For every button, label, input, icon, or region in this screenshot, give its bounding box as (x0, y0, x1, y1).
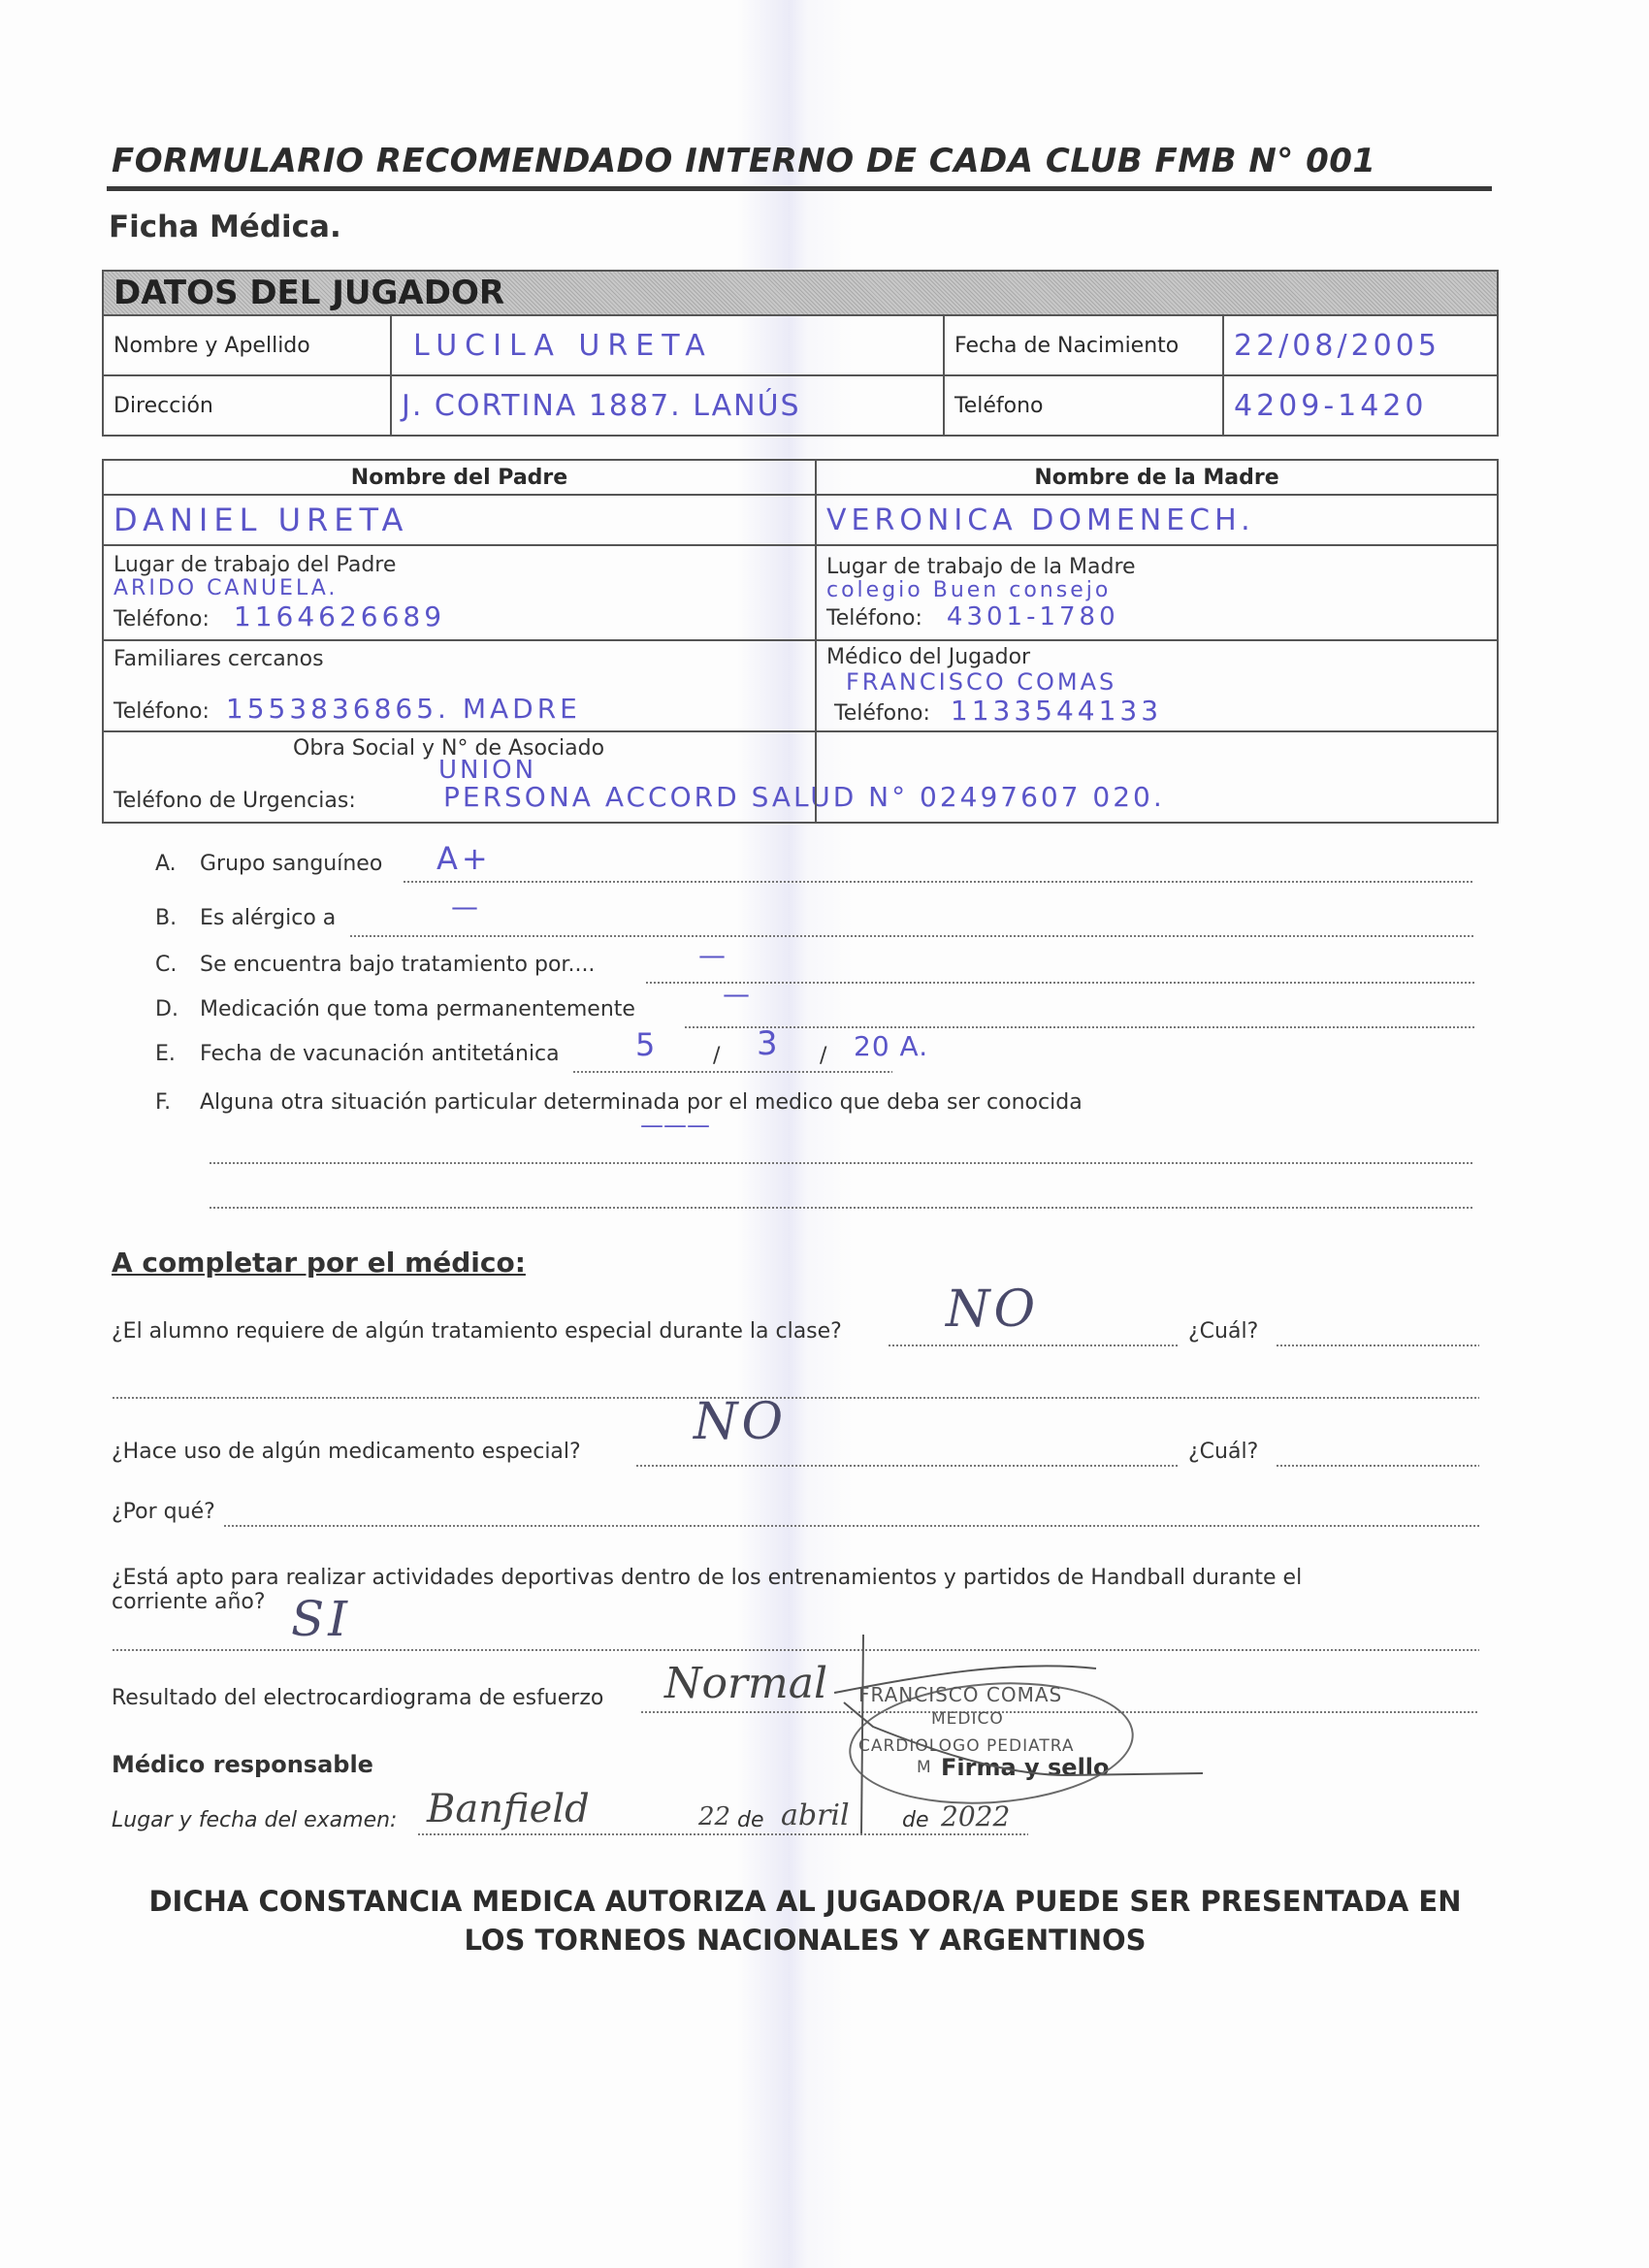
question-label-line1: ¿Está apto para realizar actividades dep… (112, 1566, 1479, 1590)
item-medication: D.Medicación que toma permanentemente — (155, 997, 1474, 1036)
medication-value[interactable]: — (723, 978, 754, 1010)
father-name-value: DANIEL URETA (113, 502, 408, 538)
de-label: de (737, 1808, 764, 1832)
item-blood-type: A.Grupo sanguíneo A+ (155, 852, 1474, 891)
question-why: ¿Por qué? (112, 1500, 1479, 1535)
question-label: ¿Hace uso de algún medicamento especial? (112, 1440, 581, 1464)
dotted-line (403, 881, 1474, 883)
exam-place-value[interactable]: Banfield (427, 1787, 590, 1831)
exam-place-date: Lugar y fecha del examen: Banfield 22 de… (112, 1808, 1062, 1843)
form-title: FORMULARIO RECOMENDADO INTERNO DE CADA C… (112, 142, 1376, 180)
player-doctor-label: Médico del Jugador (826, 645, 1487, 669)
ecg-answer[interactable]: Normal (664, 1659, 827, 1708)
item-label: Grupo sanguíneo (200, 852, 382, 876)
father-work-cell: Lugar de trabajo del Padre ARIDO CANUELA… (103, 545, 816, 640)
treatment-answer[interactable]: NO (946, 1280, 1039, 1339)
mother-work-cell: Lugar de trabajo de la Madre colegio Bue… (816, 545, 1498, 640)
doctor-phone-label: Teléfono: (834, 701, 930, 726)
item-letter: B. (155, 906, 200, 930)
phone-value: 4209-1420 (1234, 389, 1428, 423)
item-label: Es alérgico a (200, 906, 336, 930)
question-special-treatment: ¿El alumno requiere de algún tratamiento… (112, 1319, 1479, 1354)
phone-field[interactable]: 4209-1420 (1223, 375, 1498, 436)
address-label: Dirección (103, 375, 391, 436)
father-phone-label: Teléfono: (113, 607, 210, 632)
item-allergies: B.Es alérgico a — (155, 906, 1474, 945)
other-conditions-line-2[interactable] (209, 1207, 1474, 1209)
item-label: Medicación que toma permanentemente (200, 997, 635, 1021)
date-separator: / (713, 1044, 720, 1068)
item-treatment: C.Se encuentra bajo tratamiento por.... … (155, 953, 1474, 991)
item-letter: E. (155, 1042, 200, 1066)
tetanus-day[interactable]: 5 (635, 1026, 659, 1063)
mother-name-field[interactable]: VERONICA DOMENECH. (816, 495, 1498, 545)
item-tetanus-date: E.Fecha de vacunación antitetánica / / 5… (155, 1042, 1474, 1081)
doctor-section-heading: A completar por el médico: (112, 1247, 526, 1279)
mother-work-value[interactable]: colegio Buen consejo (826, 579, 1487, 602)
dotted-line (635, 1465, 1179, 1467)
birthdate-label: Fecha de Nacimiento (944, 315, 1223, 375)
place-date-label: Lugar y fecha del examen: (112, 1808, 397, 1832)
mother-phone-label: Teléfono: (826, 606, 922, 631)
phone-label: Teléfono (944, 375, 1223, 436)
item-letter: C. (155, 953, 200, 977)
relatives-phone-value[interactable]: 1553836865. MADRE (226, 693, 581, 725)
treatment-value[interactable]: — (698, 939, 729, 971)
name-value: LUCILA URETA (413, 329, 713, 363)
dotted-line (645, 982, 1474, 984)
which-label: ¿Cuál? (1188, 1440, 1258, 1464)
place-date-line[interactable] (417, 1833, 1028, 1835)
mother-name-value: VERONICA DOMENECH. (826, 503, 1255, 537)
item-label: Fecha de vacunación antitetánica (200, 1042, 560, 1066)
address-field[interactable]: J. CORTINA 1887. LANÚS (391, 375, 944, 436)
fit-answer-line[interactable] (112, 1649, 1479, 1651)
which-answer-line[interactable] (1276, 1345, 1479, 1346)
item-letter: D. (155, 997, 200, 1021)
insurance-cell: Obra Social y N° de Asociado Teléfono de… (103, 731, 1498, 823)
allergies-value[interactable]: — (451, 891, 482, 923)
medication-answer[interactable]: NO (694, 1393, 787, 1451)
tetanus-year[interactable]: 20 A. (854, 1030, 928, 1062)
question-special-medication: ¿Hace uso de algún medicamento especial?… (112, 1440, 1479, 1474)
birthdate-value: 22/08/2005 (1234, 329, 1440, 363)
parents-table: Nombre del Padre Nombre de la Madre DANI… (102, 459, 1499, 824)
item-letter: A. (155, 852, 200, 876)
question-label: ¿El alumno requiere de algún tratamiento… (112, 1319, 842, 1344)
fit-answer[interactable]: SI (291, 1591, 351, 1647)
insurance-cell-divider (815, 732, 817, 824)
relatives-cell: Familiares cercanos Teléfono: 1553836865… (103, 640, 816, 731)
authorization-line-1: DICHA CONSTANCIA MEDICA AUTORIZA AL JUGA… (116, 1882, 1494, 1921)
mother-work-label: Lugar de trabajo de la Madre (826, 555, 1487, 579)
player-data-table: DATOS DEL JUGADOR Nombre y Apellido LUCI… (102, 270, 1499, 437)
father-name-field[interactable]: DANIEL URETA (103, 495, 816, 545)
authorization-line-2: LOS TORNEOS NACIONALES Y ARGENTINOS (116, 1921, 1494, 1960)
blood-type-value[interactable]: A+ (436, 840, 492, 877)
dotted-line (572, 1071, 892, 1073)
other-conditions-line-1[interactable] (209, 1162, 1474, 1164)
mother-phone-value[interactable]: 4301-1780 (947, 602, 1119, 632)
exam-day-value[interactable]: 22 (698, 1802, 730, 1831)
tetanus-month[interactable]: 3 (757, 1024, 782, 1063)
item-other-conditions: F.Alguna otra situación particular deter… (155, 1090, 1474, 1129)
dotted-line (349, 935, 1474, 937)
exam-month-value[interactable]: abril (781, 1798, 850, 1832)
player-doctor-name[interactable]: FRANCISCO COMAS (846, 669, 1487, 695)
name-label: Nombre y Apellido (103, 315, 391, 375)
ecg-label: Resultado del electrocardiograma de esfu… (112, 1686, 603, 1710)
de-label: de (902, 1808, 929, 1832)
item-label: Se encuentra bajo tratamiento por.... (200, 953, 595, 977)
father-phone-value[interactable]: 1164626689 (234, 600, 445, 632)
which-answer-line[interactable] (1276, 1465, 1479, 1467)
father-work-value[interactable]: ARIDO CANUELA. (113, 577, 805, 600)
other-conditions-value[interactable]: ——— (640, 1112, 710, 1139)
item-letter: F. (155, 1090, 200, 1115)
emergency-phone-label: Teléfono de Urgencias: (113, 789, 356, 813)
responsible-doctor-label: Médico responsable (112, 1751, 373, 1778)
authorization-statement: DICHA CONSTANCIA MEDICA AUTORIZA AL JUGA… (116, 1882, 1494, 1960)
why-label: ¿Por qué? (112, 1500, 215, 1524)
exam-year-value[interactable]: 2022 (941, 1800, 1010, 1832)
ecg-result: Resultado del electrocardiograma de esfu… (112, 1686, 1479, 1721)
title-underline (107, 186, 1492, 191)
father-header: Nombre del Padre (103, 460, 816, 495)
name-field[interactable]: LUCILA URETA (391, 315, 944, 375)
mother-header: Nombre de la Madre (816, 460, 1498, 495)
dotted-line (684, 1026, 1474, 1028)
dotted-line (888, 1345, 1179, 1346)
address-value: J. CORTINA 1887. LANÚS (402, 389, 801, 423)
birthdate-field[interactable]: 22/08/2005 (1223, 315, 1498, 375)
relatives-label: Familiares cercanos (113, 647, 805, 671)
date-separator: / (820, 1044, 826, 1068)
treatment-detail-line[interactable] (112, 1397, 1479, 1399)
doctor-phone-value[interactable]: 1133544133 (951, 695, 1162, 727)
father-work-label: Lugar de trabajo del Padre (113, 553, 805, 577)
player-doctor-cell: Médico del Jugador FRANCISCO COMAS Teléf… (816, 640, 1498, 731)
which-label: ¿Cuál? (1188, 1319, 1258, 1344)
insurance-value-line2[interactable]: PERSONA ACCORD SALUD N° 02497607 020. (443, 781, 1165, 813)
why-answer-line[interactable] (223, 1525, 1479, 1527)
relatives-phone-label: Teléfono: (113, 699, 210, 724)
page-subtitle: Ficha Médica. (109, 210, 341, 244)
player-section-header: DATOS DEL JUGADOR (103, 271, 1498, 315)
